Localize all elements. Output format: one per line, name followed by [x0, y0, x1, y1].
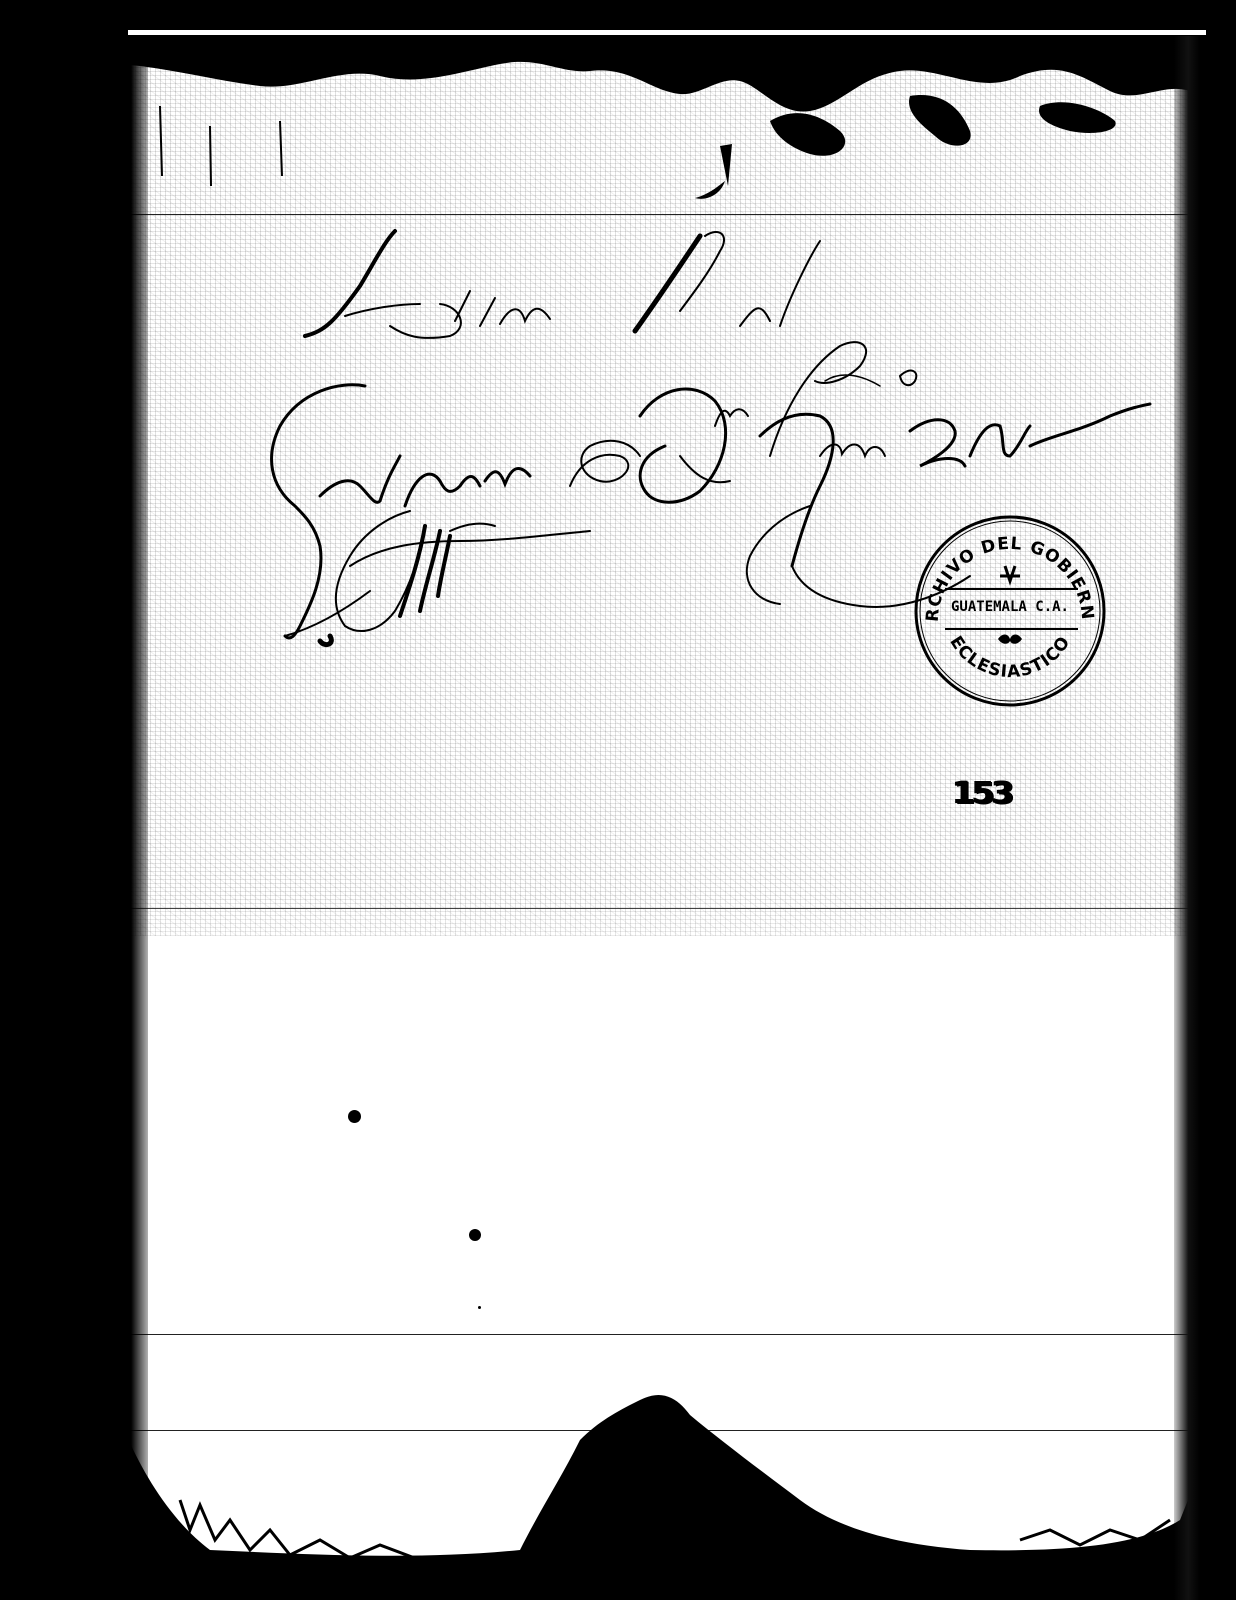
manuscript-page: ARCHIVO DEL GOBIERNO ECLESIASTICO GUATEM…	[120, 36, 1200, 1600]
archive-stamp: ARCHIVO DEL GOBIERNO ECLESIASTICO GUATEM…	[910, 511, 1110, 711]
ink-spot	[348, 1110, 361, 1123]
ink-spot	[469, 1229, 481, 1241]
handwritten-title	[120, 36, 1200, 1600]
scan-frame-edge	[128, 30, 1206, 35]
left-edge-damage	[120, 36, 148, 1600]
stamp-center-text: GUATEMALA C.A.	[938, 599, 1082, 615]
right-edge-damage	[1174, 36, 1200, 1600]
ink-spot	[478, 1306, 481, 1309]
bottom-edge-damage	[120, 1380, 1200, 1600]
folio-number: 153	[952, 776, 1011, 811]
